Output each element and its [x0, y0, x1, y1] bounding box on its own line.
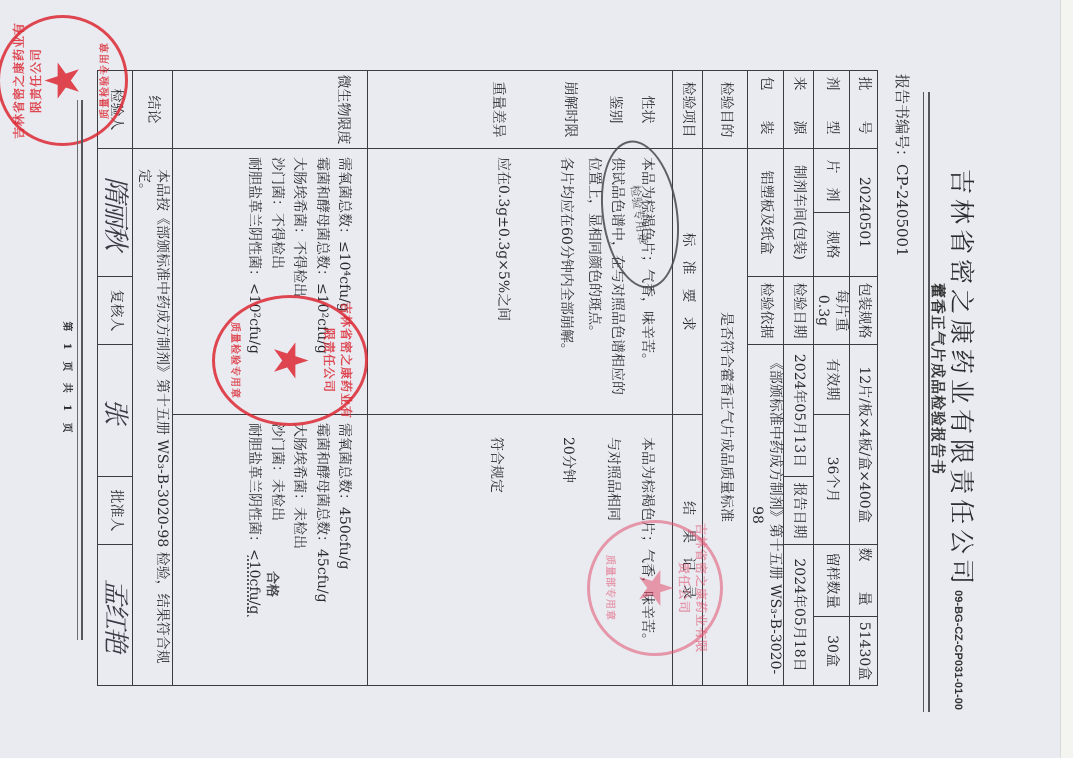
reviewer-label: 复核人	[98, 277, 133, 345]
package-value: 铝塑板及纸盒	[748, 149, 784, 277]
row-purpose: 检验目的 是否符合藿香正气片成品质量标准	[703, 71, 748, 686]
microbial-standard-line: 霉菌和酵母菌总数：≤10²cfu/g	[310, 157, 332, 406]
row-source: 来 源 制剂车间(包装) 检验日期 2024年05月13日 报告日期 2024年…	[784, 71, 814, 686]
pack-spec-value: 12片/板×4板/盒×400盒	[850, 345, 878, 545]
header-result: 结 果 记 录	[673, 415, 703, 686]
row-package: 包 装 铝塑板及纸盒 检验依据 《部颁标准中药成方制剂》第十五册 WS₃-B-3…	[748, 71, 784, 686]
row-microbial: 微生物限度 需氧菌总数：≤10⁴cfu/g 霉菌和酵母菌总数：≤10²cfu/g…	[173, 71, 368, 686]
form-value: 片 剂	[814, 149, 850, 213]
microbial-result-line: 霉菌和酵母菌总数：45cfu/g	[310, 423, 332, 677]
expiry-label: 有效期	[814, 345, 850, 415]
test-standard: 各片均应在60分钟内全部崩解。	[554, 157, 576, 406]
retain-label: 留样数量	[814, 545, 850, 617]
document-code: 09-BG-CZ-CP031-01-00	[952, 560, 964, 710]
expiry-value: 36个月	[814, 415, 850, 545]
form-label: 剂 型	[814, 71, 850, 149]
conclusion-text: 本品按《部颁标准中药成方制剂》第十五册 WS₃-B-3020-98 检验，结果符…	[133, 149, 173, 686]
batch-label: 批 号	[850, 71, 878, 149]
microbial-standard-line: 沙门菌：不得检出	[265, 157, 287, 406]
reviewer-signature: 张	[98, 345, 133, 477]
report-date-label: 报告日期	[784, 477, 814, 545]
package-label: 包 装	[748, 71, 784, 149]
microbial-result: 需氧菌总数：450cfu/g 霉菌和酵母菌总数：45cfu/g 大肠埃希菌：未检…	[173, 415, 368, 686]
basis-label: 检验依据	[748, 277, 784, 345]
test-item-label: 崩解时限	[559, 73, 581, 146]
footer-rule	[77, 100, 83, 640]
test-item-label: 重量差异	[486, 73, 508, 146]
microbial-result-line: 需氧菌总数：450cfu/g	[333, 423, 355, 677]
test-item-label: 性状	[636, 73, 658, 146]
microbial-label: 微生物限度	[173, 71, 368, 149]
header-rule	[923, 92, 930, 712]
row-signatures: 检验人 隋丽秋 复核人 张 批准人 孟红艳	[98, 71, 133, 686]
pack-spec-label: 包装规格	[850, 277, 878, 345]
inspection-report-page: 吉林省密之康药业有限责任公司 藿香正气片成品检验报告书 09-BG-CZ-CP0…	[0, 0, 1073, 758]
inspector-label: 检验人	[98, 71, 133, 149]
test-items: 性状 鉴别 崩解时限 重量差异	[368, 71, 673, 149]
test-standards: 本品为棕褐色片；气香，味辛苦。 供试品色谱中，在与对照品色谱相应的位置上，显相同…	[368, 149, 673, 415]
test-standard: 应在0.3g±0.3g×5%之间	[492, 157, 514, 406]
inspection-table: 批 号 20240501 包装规格 12片/板×4板/盒×400盒 数 量 51…	[97, 70, 878, 686]
quantity-value: 51430盒	[850, 617, 878, 686]
approver-signature: 孟红艳	[98, 545, 133, 686]
report-date-value: 2024年05月18日	[784, 545, 814, 686]
test-date-label: 检验日期	[784, 277, 814, 345]
page-number: 第 1 页 共 1 页	[61, 0, 76, 758]
microbial-result-line: 耐胆盐革兰阴性菌：<10cfu/g	[243, 423, 265, 677]
report-number: 报告书编号：CP-2405001	[892, 74, 913, 257]
test-result: 与对照品相同	[601, 437, 623, 677]
row-batch: 批 号 20240501 包装规格 12片/板×4板/盒×400盒 数 量 51…	[850, 71, 878, 686]
row-table-header: 检验项目 标 准 要 求 结 果 记 录	[673, 71, 703, 686]
batch-value: 20240501	[850, 149, 878, 277]
test-date-value: 2024年05月13日	[784, 345, 814, 477]
inspector-signature: 隋丽秋	[98, 149, 133, 277]
report-title: 藿香正气片成品检验报告书	[928, 0, 949, 758]
test-item-label: 鉴别	[603, 73, 625, 146]
row-form: 剂 型 片 剂 规格 每片重0.3g 有效期 36个月 留样数量 30盒	[814, 71, 850, 686]
test-result: 符合规定	[484, 437, 506, 677]
approver-label: 批准人	[98, 477, 133, 545]
header-standard: 标 准 要 求	[673, 149, 703, 415]
basis-value: 《部颁标准中药成方制剂》第十五册 WS₃-B-3020-98	[748, 345, 784, 686]
test-result: 20分钟	[557, 437, 579, 677]
purpose-label: 检验目的	[703, 71, 748, 149]
quantity-label: 数 量	[850, 545, 878, 617]
conclusion-label: 结论	[133, 71, 173, 149]
report-number-label: 报告书编号：	[893, 74, 911, 164]
test-results: 本品为棕褐色片；气香，味辛苦。 与对照品相同 20分钟 符合规定	[368, 415, 673, 686]
test-result: 本品为棕褐色片；气香，味辛苦。	[636, 437, 658, 677]
microbial-standard-line: 耐胆盐革兰阴性菌：<10²cfu/g	[243, 157, 265, 406]
spec-value: 每片重0.3g	[814, 277, 850, 345]
microbial-standard: 需氧菌总数：≤10⁴cfu/g 霉菌和酵母菌总数：≤10²cfu/g 大肠埃希菌…	[173, 149, 368, 415]
spec-label: 规格	[814, 213, 850, 277]
row-conclusion: 结论 本品按《部颁标准中药成方制剂》第十五册 WS₃-B-3020-98 检验，…	[133, 71, 173, 686]
company-seal-text: 吉林省密之康药业有限责任公司	[10, 18, 44, 143]
row-tests: 性状 鉴别 崩解时限 重量差异 本品为棕褐色片；气香，味辛苦。 供试品色谱中，在…	[368, 71, 673, 686]
source-value: 制剂车间(包装)	[784, 149, 814, 277]
microbial-result-line: 大肠埃希菌：未检出	[288, 423, 310, 677]
microbial-standard-line: 大肠埃希菌：不得检出	[288, 157, 310, 406]
retain-value: 30盒	[814, 617, 850, 686]
test-standard: 供试品色谱中，在与对照品色谱相应的位置上，显相同颜色的斑点。	[583, 157, 628, 406]
test-standard: 本品为棕褐色片；气香，味辛苦。	[636, 157, 658, 406]
microbial-result-line: 沙门菌：未检出	[265, 423, 287, 677]
microbial-standard-line: 需氧菌总数：≤10⁴cfu/g	[333, 157, 355, 406]
purpose-value: 是否符合藿香正气片成品质量标准	[703, 149, 748, 686]
report-number-value: CP-2405001	[893, 164, 911, 257]
header-item: 检验项目	[673, 71, 703, 149]
source-label: 来 源	[784, 71, 814, 149]
